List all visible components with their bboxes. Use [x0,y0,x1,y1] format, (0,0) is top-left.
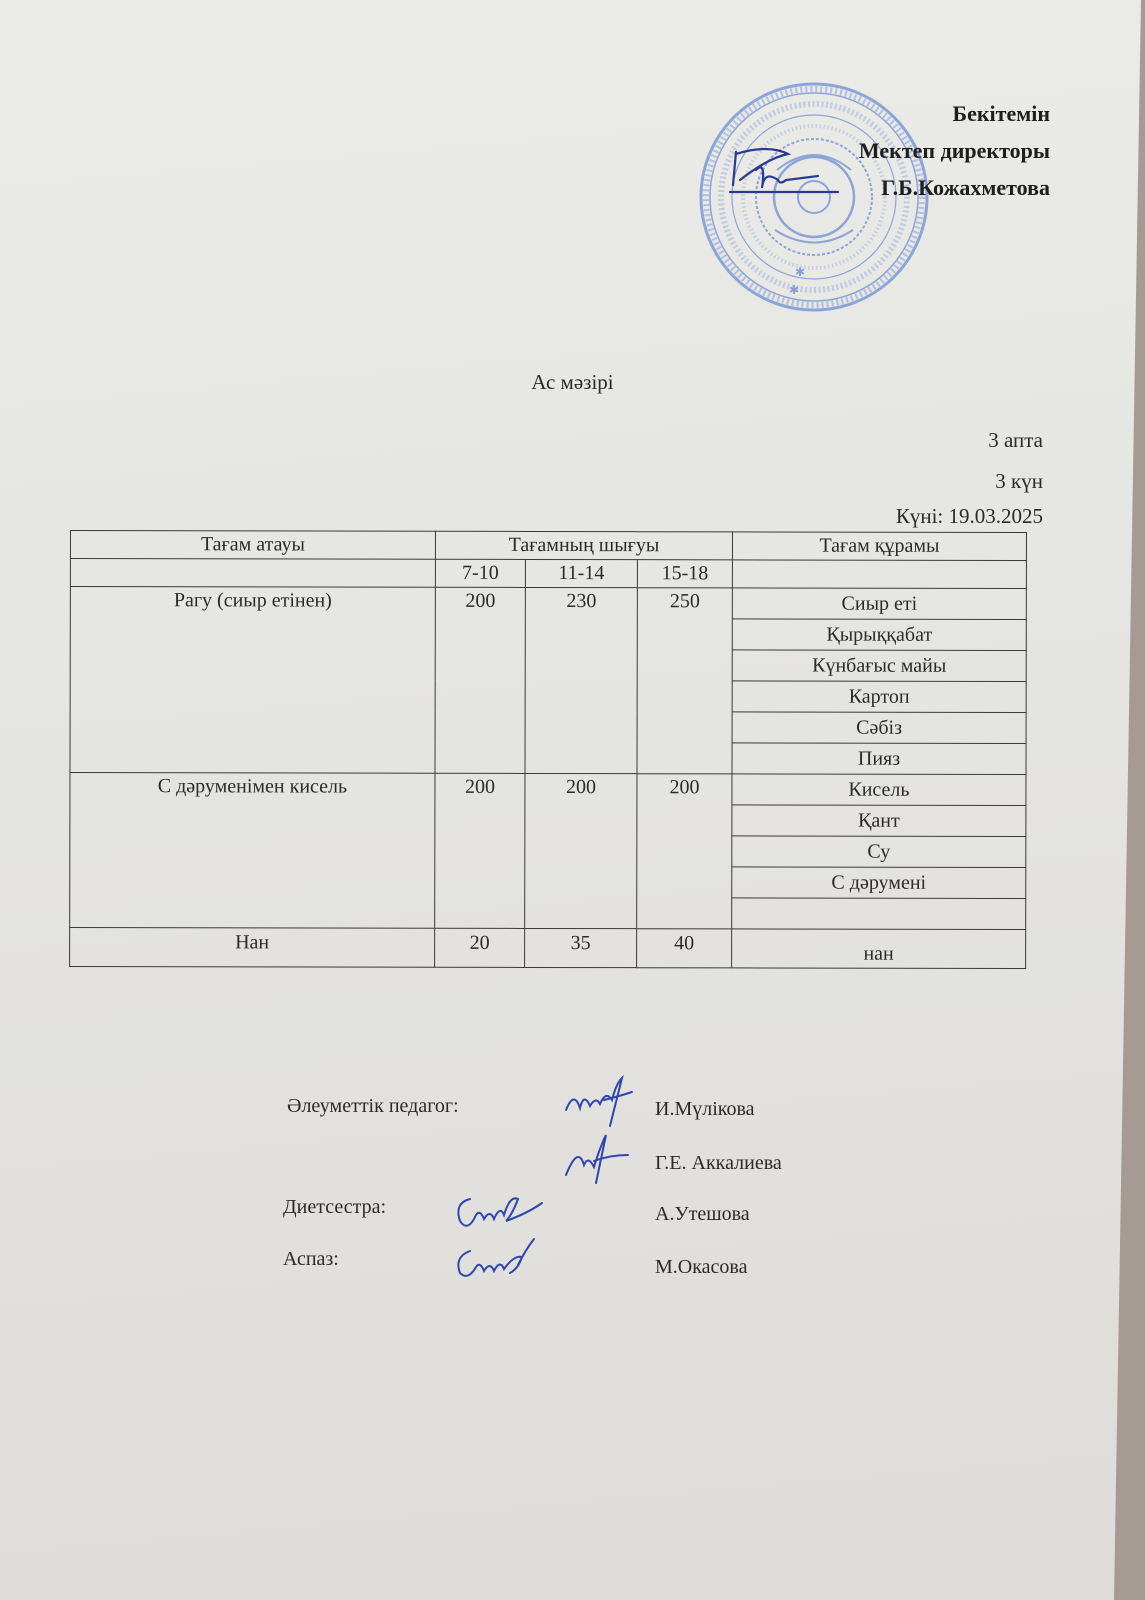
ingredient: С дәрумені [732,867,1026,899]
empty-cell [732,560,1026,589]
empty-cell [70,559,435,588]
approval-position: Мектеп директоры [859,132,1050,169]
dietitian-label: Диетсестра: [283,1196,386,1219]
ingredient: нан [732,929,1026,969]
table-row: Рагу (сиыр етінен) 200 230 250 Сиыр еті [70,587,1026,620]
ingredient: Кисель [732,774,1026,806]
dish-name: Нан [70,928,435,968]
signature-3-icon [448,1185,548,1235]
dish-name: Рагу (сиыр етінен) [70,587,435,774]
second-signer-name: Г.Е. Аккалиева [655,1152,782,1175]
signature-2-icon [560,1125,640,1185]
ingredient: Сәбіз [732,712,1026,744]
portion-15-18: 250 [637,588,732,774]
approval-heading: Бекітемін [859,95,1050,132]
date-label: Күні: 19.03.2025 [896,504,1043,529]
cook-label: Аспаз: [283,1248,339,1271]
signature-4-icon [448,1235,548,1285]
portion-11-14: 230 [525,587,637,773]
header-portion: Тағамның шығуы [435,531,732,560]
director-signature-icon [728,140,843,200]
portion-11-14: 200 [525,773,637,928]
dietitian-name: А.Утешова [655,1203,750,1226]
table-row: С дәруменімен кисель 200 200 200 Кисель [70,773,1026,806]
svg-text:✱: ✱ [795,265,805,279]
portion-15-18: 200 [637,774,732,929]
signature-1-icon [560,1070,640,1130]
ingredient: Сиыр еті [732,588,1026,620]
ingredient: Қырыққабат [732,619,1026,651]
portion-7-10: 20 [435,928,525,967]
ingredient: Пияз [732,743,1026,775]
portion-7-10: 200 [435,587,525,773]
age-group-row: 7-10 11-14 15-18 [70,559,1026,589]
ingredient: Су [732,836,1026,868]
day-label: 3 күн [995,469,1043,494]
social-pedagogue-name: И.Мүлікова [655,1098,755,1121]
approval-block: Бекітемін Мектеп директоры Г.Б.Кожахмето… [859,95,1050,206]
document-title: Ас мәзірі [0,370,1145,395]
social-pedagogue-label: Әлеуметтік педагог: [287,1095,459,1118]
age-group-11-14: 11-14 [525,559,637,587]
portion-7-10: 200 [435,773,525,928]
ingredient: Қант [732,805,1026,837]
menu-table: Тағам атауы Тағамның шығуы Тағам құрамы … [69,530,1027,969]
portion-15-18: 40 [637,929,732,968]
ingredient: Картоп [732,681,1026,713]
header-composition: Тағам құрамы [732,532,1026,561]
header-dish-name: Тағам атауы [70,531,435,560]
ingredient: Күнбағыс майы [732,650,1026,682]
portion-11-14: 35 [525,928,637,967]
week-label: 3 апта [988,428,1043,453]
ingredient [732,898,1026,930]
cook-name: М.Окасова [655,1256,747,1279]
table-row: Нан 20 35 40 нан [70,928,1026,969]
header-row: Тағам атауы Тағамның шығуы Тағам құрамы [70,531,1026,561]
approval-director-name: Г.Б.Кожахметова [859,169,1050,206]
age-group-15-18: 15-18 [637,560,732,588]
svg-text:✱: ✱ [789,283,799,297]
age-group-7-10: 7-10 [435,559,525,587]
dish-name: С дәруменімен кисель [70,773,435,929]
